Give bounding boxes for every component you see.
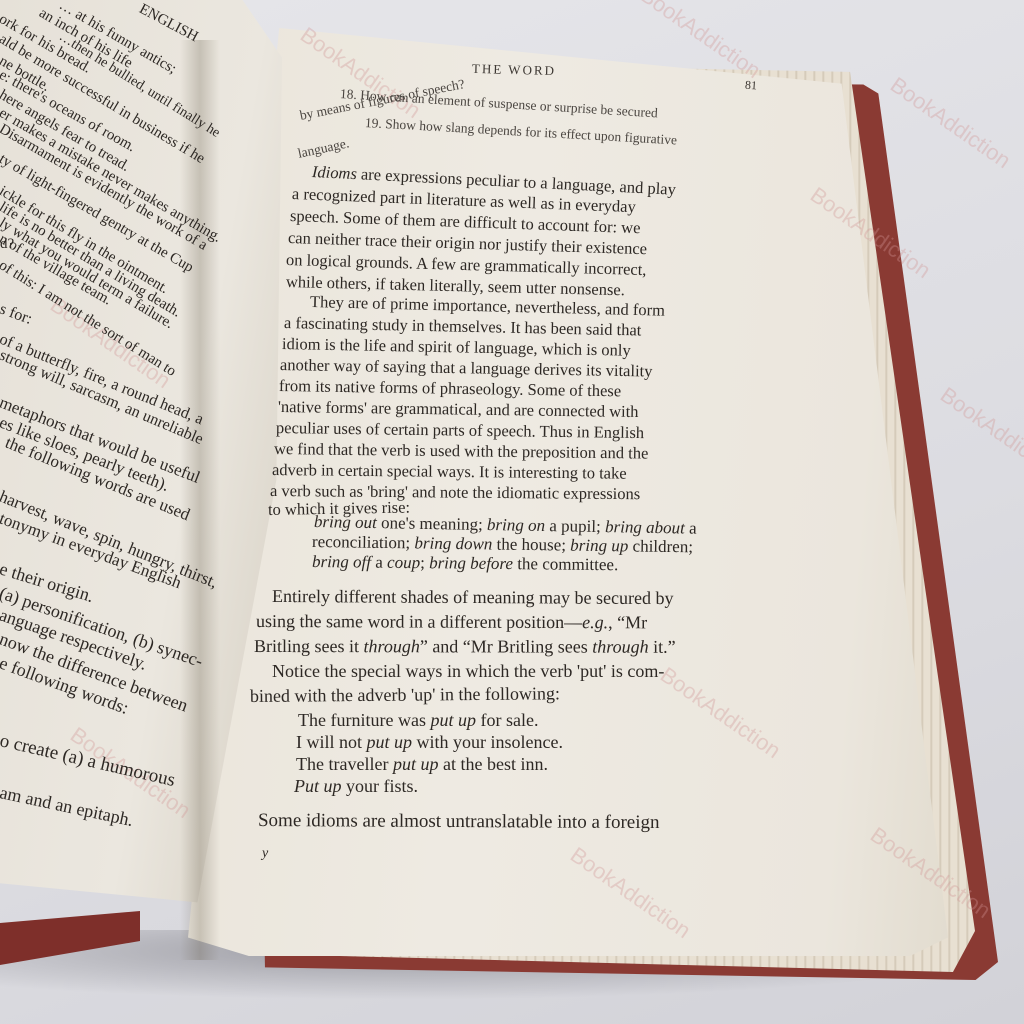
book-gutter — [180, 40, 220, 960]
paragraph-line: using the same word in a different posit… — [256, 611, 647, 633]
example-line: The furniture was put up for sale. — [298, 710, 538, 731]
example-line: I will not put up with your insolence. — [296, 732, 563, 753]
paragraph-line: Entirely different shades of meaning may… — [272, 586, 674, 609]
page-number: 81 — [744, 78, 757, 94]
paragraph-line: Britling sees it through” and “Mr Britli… — [254, 636, 676, 658]
signature-mark: y — [262, 846, 268, 862]
italic-term: Idioms — [312, 162, 358, 183]
example-line: Put up your fists. — [294, 776, 418, 797]
watermark: BookAddiction — [885, 72, 1015, 174]
paragraph-line: bined with the adverb 'up' in the follow… — [250, 683, 560, 707]
paragraph-line: adverb in certain special ways. It is in… — [272, 460, 627, 484]
left-page-line: d? — [0, 236, 14, 253]
paragraph-line: Notice the special ways in which the ver… — [272, 661, 664, 682]
example-line: bring off a coup; bring before the commi… — [312, 552, 618, 575]
example-line: The traveller put up at the best inn. — [296, 754, 548, 775]
running-head: THE WORD — [472, 61, 556, 79]
paragraph-line: Some idioms are almost untranslatable in… — [258, 810, 660, 834]
watermark: BookAddiction — [935, 382, 1024, 484]
